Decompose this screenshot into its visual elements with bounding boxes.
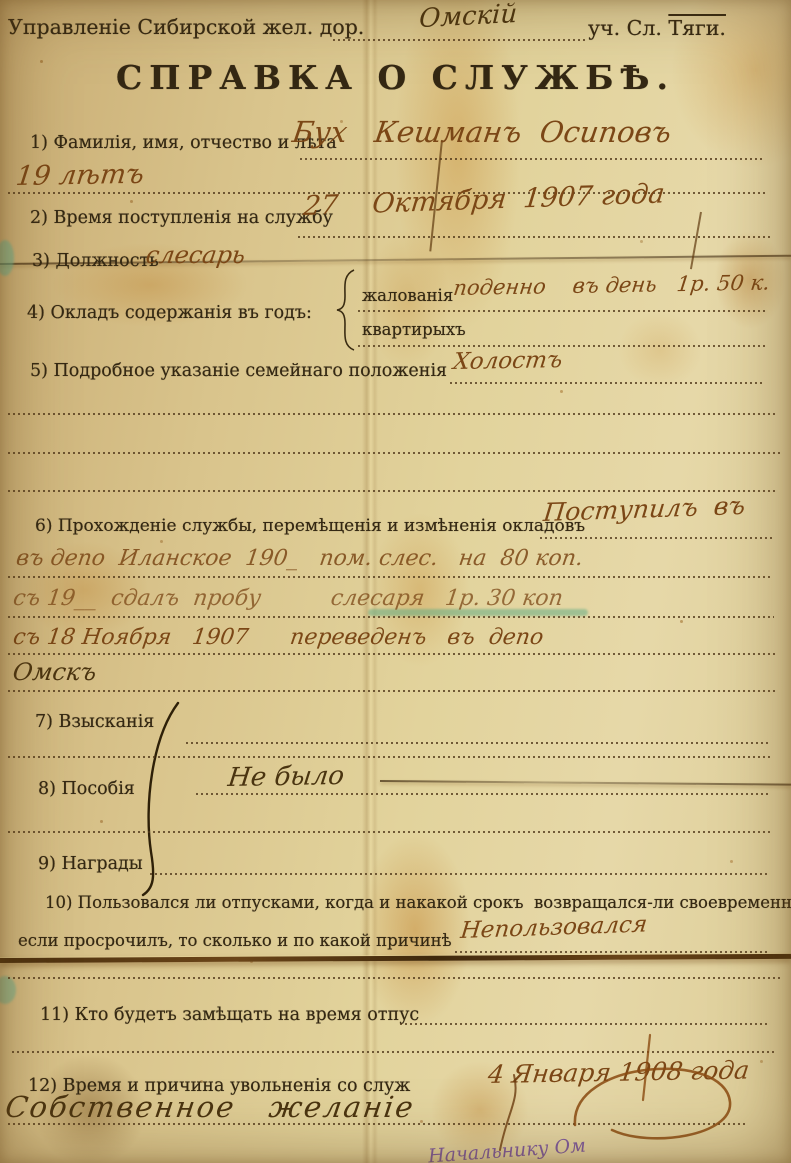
field-6-answer: Поступилъ въ: [542, 491, 747, 527]
field-6-line4: съ 18 Ноября 1907 переведенъ въ депо: [11, 625, 545, 650]
dotted-line: [8, 690, 778, 692]
dotted-line: [8, 616, 774, 618]
field-6-line3: съ 19__ сдалъ пробу слесаря 1р. 30 коп: [11, 586, 564, 611]
dotted-line: [298, 236, 770, 238]
fields-7-9-brace: [140, 700, 186, 898]
dotted-line: [8, 490, 778, 492]
dotted-line: [450, 382, 765, 384]
field-6-line2: въ депо Иланское 190_ пом. слес. на 80 к…: [14, 546, 584, 571]
field-1-answer: Бух Кешманъ Осиповъ: [290, 115, 673, 149]
dotted-line: [8, 831, 773, 833]
dotted-line: [186, 742, 768, 744]
field-10-label-line1: 10) Пользовался ли отпусками, когда и на…: [45, 893, 791, 912]
field-5-answer: Холостъ: [452, 347, 564, 375]
field-10-label-line2: если просрочилъ, то сколько и по какой п…: [18, 931, 452, 950]
field-2-answer: 27 Октября 1907 года: [302, 178, 666, 222]
dotted-line: [455, 951, 767, 953]
dotted-line: [358, 310, 768, 312]
field-1-answer-age: 19 лѣтъ: [14, 159, 146, 192]
header-org-label: Управленіе Сибирской жел. дор.: [8, 15, 364, 39]
field-4-label: 4) Окладъ содержанія въ годъ:: [27, 303, 312, 323]
field-2-label: 2) Время поступленія на службу: [30, 208, 333, 228]
dotted-line: [196, 793, 768, 795]
horizontal-crease: [380, 780, 791, 786]
field-12-answer-reason: Собственное желаніе: [3, 1090, 417, 1124]
field-6-label: 6) Прохожденіе службы, перемѣщенія и изм…: [35, 516, 585, 536]
dotted-line: [400, 1023, 768, 1025]
dotted-line: [8, 977, 783, 979]
field-9-label: 9) Награды: [38, 854, 143, 874]
field-7-label: 7) Взысканія: [35, 712, 154, 732]
vertical-fold-crease: [362, 0, 378, 1163]
dotted-line: [540, 537, 775, 539]
green-stain: [0, 976, 16, 1004]
field-4-salary-label: жалованія: [362, 286, 453, 305]
green-stain: [0, 240, 14, 276]
header-unit-label: уч. Сл. Тяги.: [588, 16, 726, 40]
dotted-line: [8, 576, 770, 578]
field-6-line5: Омскъ: [11, 658, 98, 686]
header-section-handwritten: Омскій: [418, 0, 517, 34]
field-10-answer: Непользовался: [459, 912, 648, 944]
field-3-label: 3) Должность: [32, 251, 159, 271]
heavy-tear-crease: [0, 954, 791, 963]
signature-flourish: [500, 1030, 780, 1163]
header-dotted-line: [333, 39, 585, 41]
document-title: СПРАВКА О СЛУЖБѢ.: [0, 58, 791, 97]
field-11-label: 11) Кто будетъ замѣщать на время отпус: [40, 1005, 419, 1025]
field-8-answer: Не было: [226, 761, 346, 793]
field-4-brace: [336, 268, 358, 352]
scanned-service-certificate: Управленіе Сибирской жел. дор. Омскій уч…: [0, 0, 791, 1163]
dotted-line: [300, 158, 765, 160]
field-8-label: 8) Пособія: [38, 779, 135, 799]
field-3-answer: слесарь: [144, 241, 247, 269]
dotted-line: [8, 653, 778, 655]
dotted-line: [8, 756, 773, 758]
field-4-salary-answer: поденно въ день 1р. 50 к.: [452, 270, 771, 300]
dotted-line: [8, 452, 783, 454]
ink-descender-stroke: [690, 212, 702, 269]
dotted-line: [150, 873, 768, 875]
field-4-housing-label: квартирыхъ: [362, 320, 466, 339]
dotted-line: [8, 413, 778, 415]
field-5-label: 5) Подробное указаніе семейнаго положені…: [30, 361, 447, 381]
